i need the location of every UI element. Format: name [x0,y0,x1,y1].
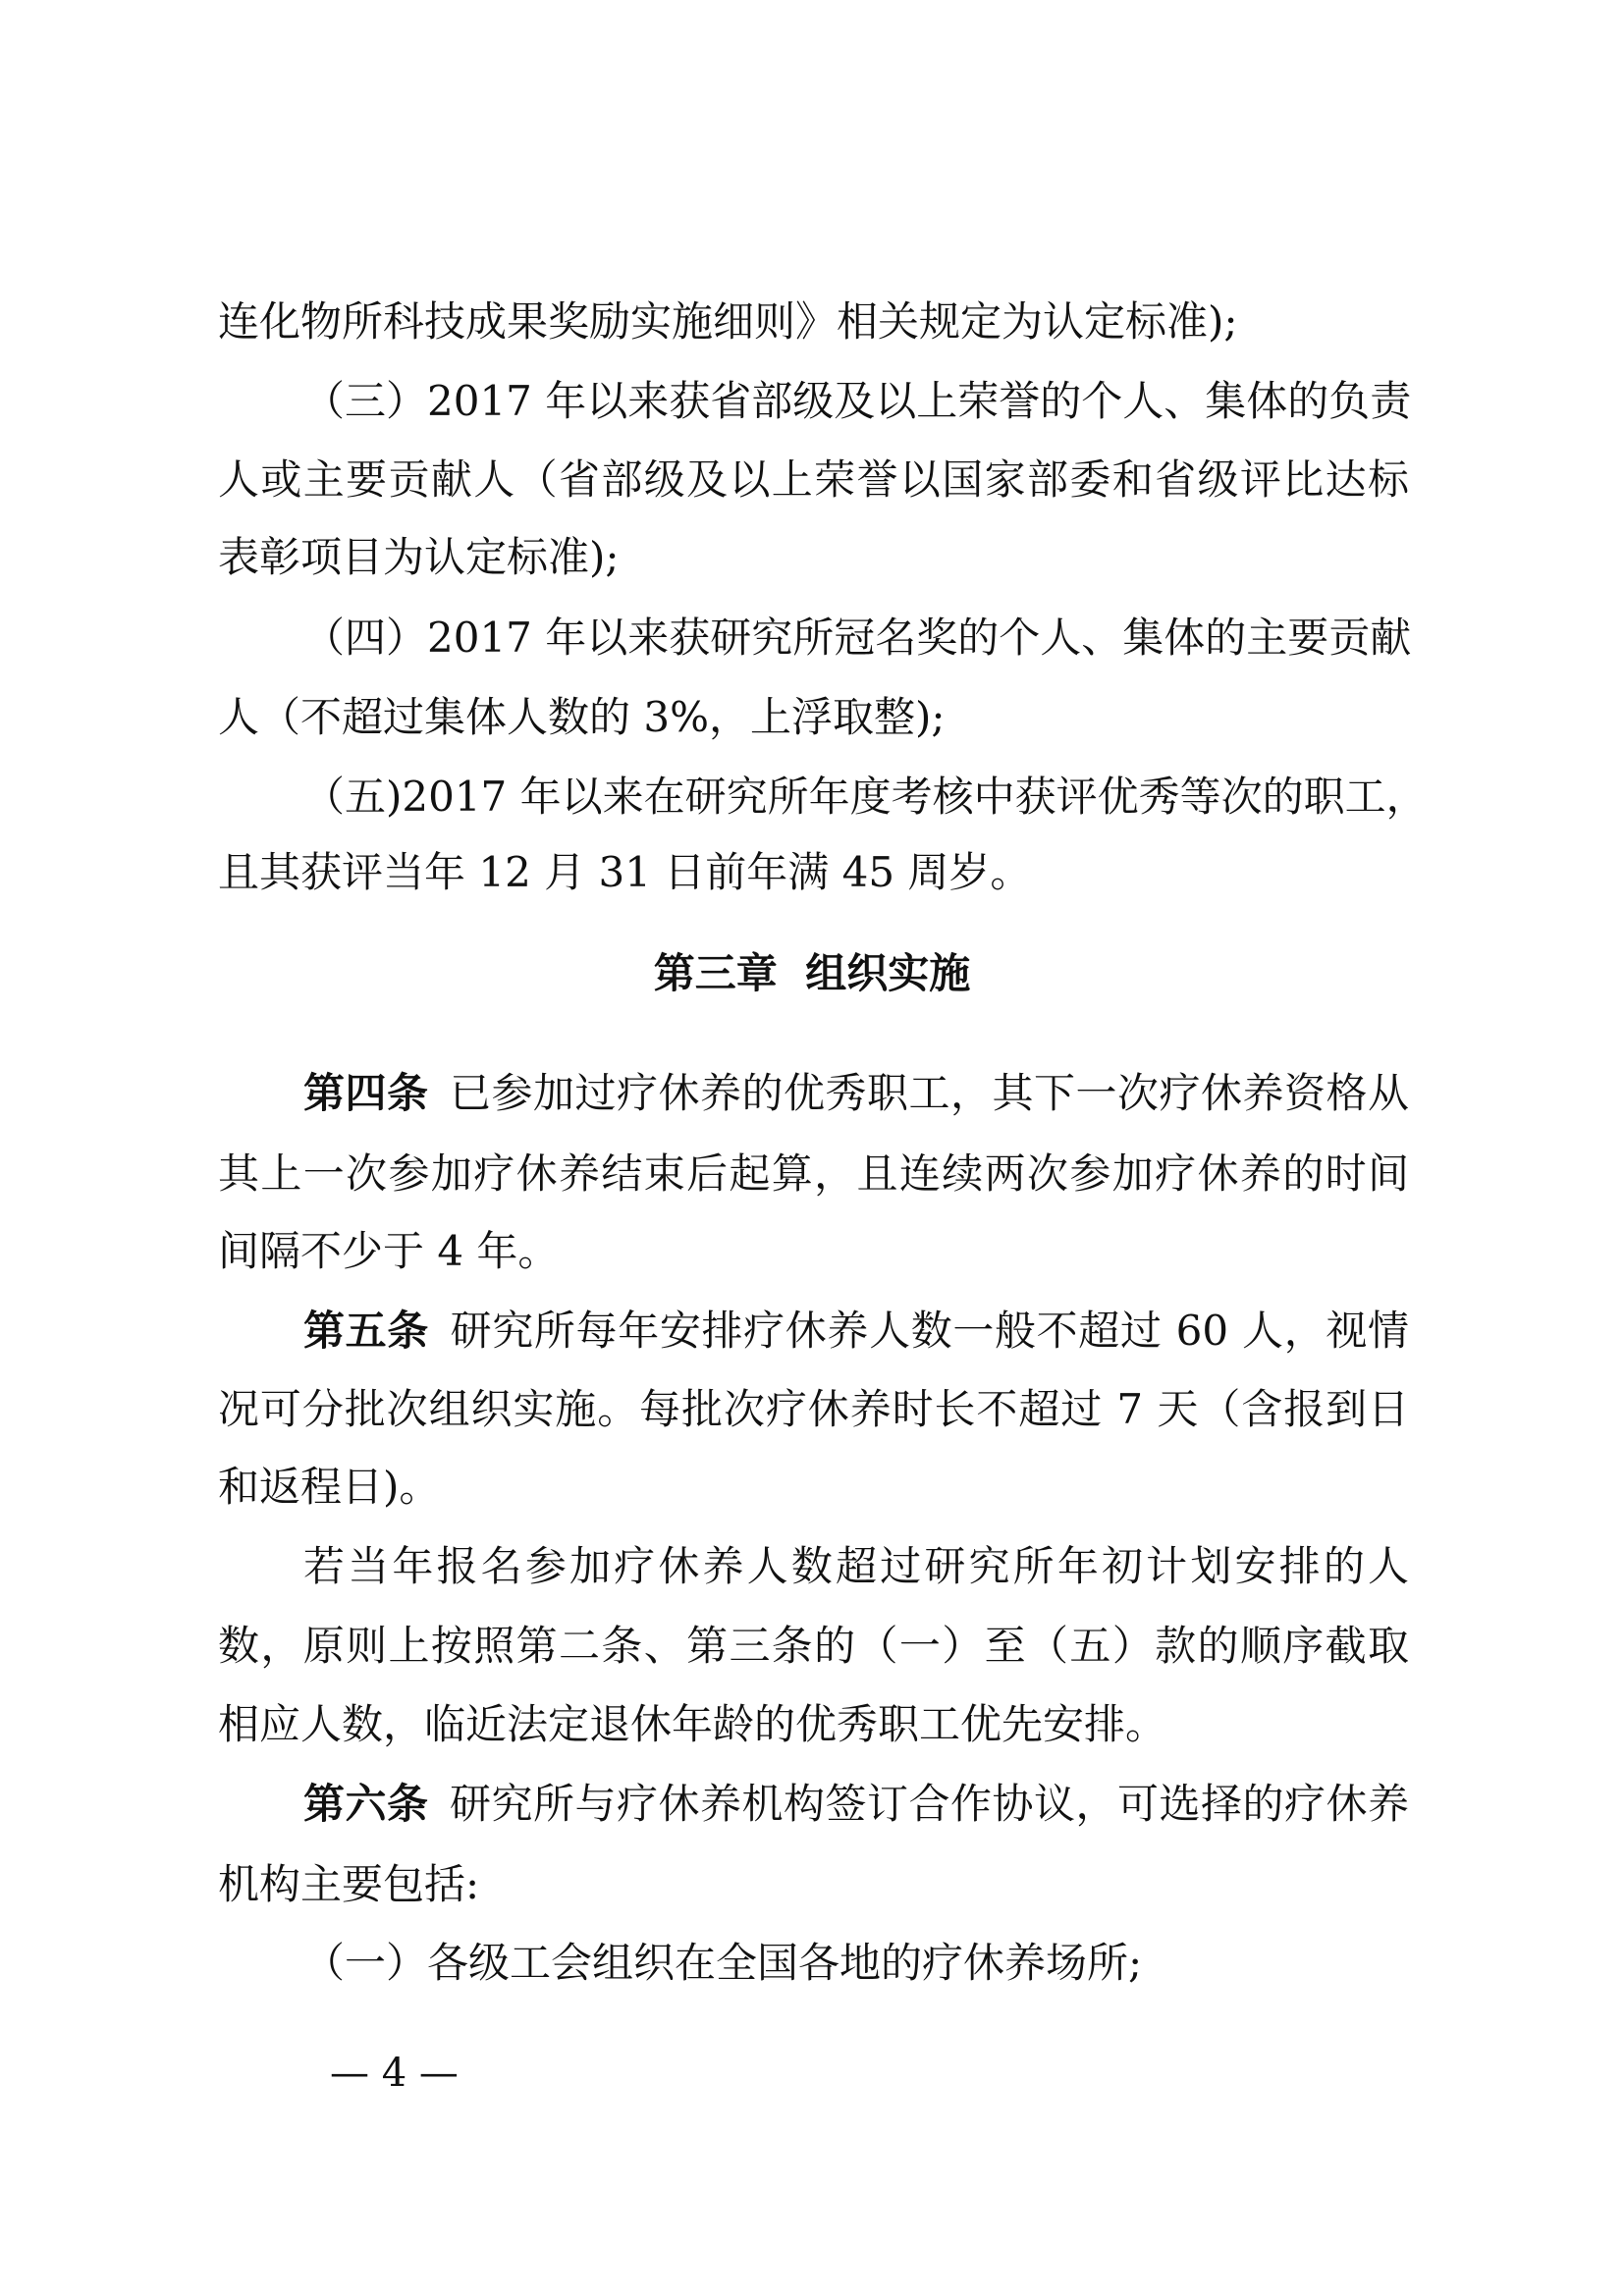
article-first-line: 第六条 研究所与疗休养机构签订合作协议，可选择的疗休养 [303,1780,1409,1829]
paragraph-line: （一）各级工会组织在全国各地的疗休养场所; [303,1939,1409,1988]
paragraph-line: 表彰项目为认定标准); [218,533,1409,582]
article-text: 研究所每年安排疗休养人数一般不超过 60 人，视情 [450,1307,1409,1355]
paragraph-line: 若当年报名参加疗休养人数超过研究所年初计划安排的人 [303,1542,1409,1591]
article-text: 已参加过疗休养的优秀职工，其下一次疗休养资格从 [450,1069,1409,1117]
paragraph-line: 连化物所科技成果奖励实施细则》相关规定为认定标准); [218,297,1409,347]
paragraph-line: 相应人数，临近法定退休年龄的优秀职工优先安排。 [218,1700,1409,1749]
article-text: 研究所与疗休养机构签订合作协议，可选择的疗休养 [450,1780,1409,1828]
article-label: 第五条 [303,1307,429,1355]
paragraph-line: 人（不超过集体人数的 3%，上浮取整); [218,693,1409,742]
paragraph-line: （四）2017 年以来获研究所冠名奖的个人、集体的主要贡献 [303,614,1409,663]
article-first-line: 第四条 已参加过疗休养的优秀职工，其下一次疗休养资格从 [303,1069,1409,1118]
paragraph-line: 机构主要包括: [218,1860,1409,1909]
paragraph-line: （三）2017 年以来获省部级及以上荣誉的个人、集体的负责 [303,377,1409,426]
paragraph-line: 和返程日)。 [218,1463,1409,1512]
article-first-line: 第五条 研究所每年安排疗休养人数一般不超过 60 人，视情 [303,1307,1409,1356]
paragraph-line: 其上一次参加疗休养结束后起算，且连续两次参加疗休养的时间 [218,1149,1409,1199]
paragraph-line: （五)2017 年以来在研究所年度考核中获评优秀等次的职工， [303,773,1409,822]
article-label: 第六条 [303,1780,429,1828]
paragraph-line: 间隔不少于 4 年。 [218,1227,1409,1276]
paragraph-line: 且其获评当年 12 月 31 日前年满 45 周岁。 [218,848,1409,897]
page-number: — 4 — [330,2052,459,2095]
paragraph-line: 况可分批次组织实施。每批次疗休养时长不超过 7 天（含报到日 [218,1385,1409,1434]
document-page: 连化物所科技成果奖励实施细则》相关规定为认定标准); （三）2017 年以来获省… [0,0,1624,2296]
paragraph-line: 数，原则上按照第二条、第三条的（一）至（五）款的顺序截取 [218,1622,1409,1671]
chapter-heading: 第三章 组织实施 [0,949,1624,998]
article-label: 第四条 [303,1069,429,1117]
paragraph-line: 人或主要贡献人（省部级及以上荣誉以国家部委和省级评比达标 [218,455,1409,505]
